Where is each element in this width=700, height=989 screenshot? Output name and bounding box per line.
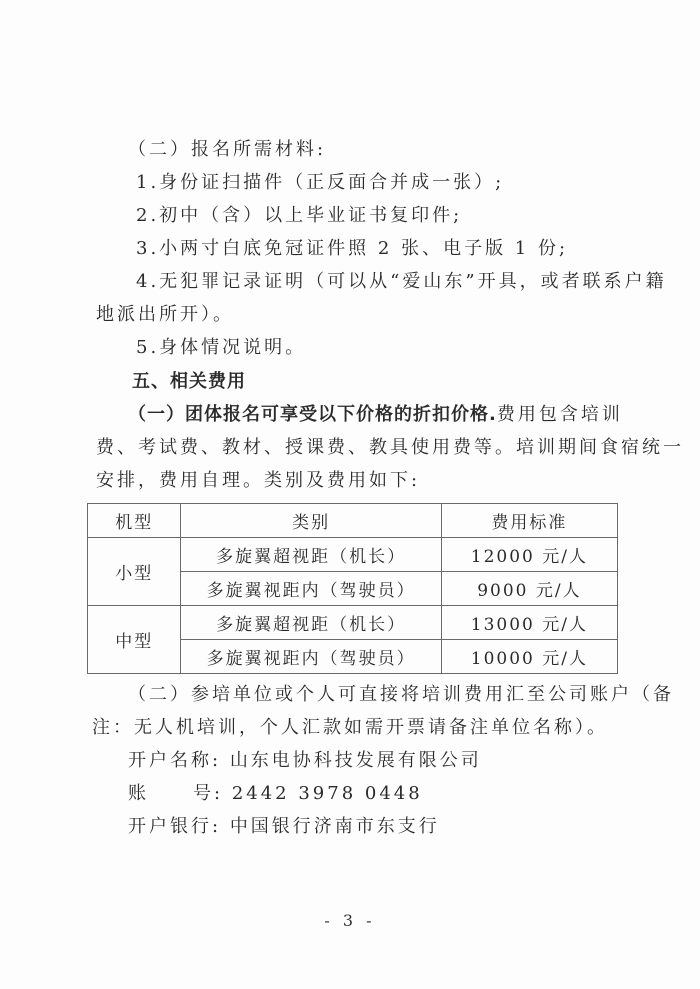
account-bank-line: 开户银行: 中国银行济南市东支行 bbox=[128, 816, 440, 838]
table-row: 中型 多旋翼超视距（机长） 13000 元/人 bbox=[88, 606, 618, 640]
fees-para1-line1: （一）团体报名可享受以下价格的折扣价格.费用包含培训 bbox=[128, 404, 623, 426]
fee-table: 机型 类别 费用标准 小型 多旋翼超视距（机长） 12000 元/人 多旋翼视距… bbox=[87, 503, 618, 674]
materials-title: （二）报名所需材料: bbox=[128, 139, 326, 161]
type-cell: 中型 bbox=[88, 606, 181, 674]
account-bank-value: 中国银行济南市东支行 bbox=[230, 816, 440, 837]
page-number: - 3 - bbox=[0, 911, 700, 930]
account-number-label-a: 账 bbox=[128, 783, 149, 804]
document-page: （二）报名所需材料: 1.身份证扫描件（正反面合并成一张）; 2.初中（含）以上… bbox=[0, 0, 700, 989]
fee-cell: 13000 元/人 bbox=[441, 606, 617, 640]
category-cell: 多旋翼视距内（驾驶员） bbox=[181, 572, 441, 606]
fees-heading: 五、相关费用 bbox=[132, 371, 246, 393]
fee-cell: 10000 元/人 bbox=[441, 640, 617, 674]
materials-item-1: 1.身份证扫描件（正反面合并成一张）; bbox=[136, 172, 504, 194]
fee-cell: 9000 元/人 bbox=[441, 572, 617, 606]
account-name-line: 开户名称: 山东电协科技发展有限公司 bbox=[128, 750, 482, 772]
header-category: 类别 bbox=[181, 504, 441, 538]
account-number-line: 账号: 2442 3978 0448 bbox=[128, 783, 423, 805]
fee-table-header: 机型 类别 费用标准 bbox=[88, 504, 618, 538]
category-cell: 多旋翼视距内（驾驶员） bbox=[181, 640, 441, 674]
fees-para1-bold: （一）团体报名可享受以下价格的折扣价格. bbox=[128, 404, 497, 425]
materials-item-5: 5.身体情况说明。 bbox=[136, 337, 306, 359]
fees-para1-line2: 费、考试费、教材、授课费、教具使用费等。培训期间食宿统一 bbox=[96, 437, 684, 459]
materials-item-2: 2.初中（含）以上毕业证书复印件; bbox=[136, 205, 462, 227]
account-name-label: 开户名称: bbox=[128, 750, 221, 771]
materials-item-4: 4.无犯罪记录证明（可以从“爱山东”开具，或者联系户籍 bbox=[136, 271, 667, 293]
materials-item-3: 3.小两寸白底免冠证件照 2 张、电子版 1 份; bbox=[136, 238, 568, 260]
category-cell: 多旋翼超视距（机长） bbox=[181, 606, 441, 640]
type-cell: 小型 bbox=[88, 538, 181, 606]
account-bank-label: 开户银行: bbox=[128, 816, 221, 837]
fees-para2-line1: （二）参培单位或个人可直接将培训费用汇至公司账户（备 bbox=[128, 684, 674, 706]
category-cell: 多旋翼超视距（机长） bbox=[181, 538, 441, 572]
table-row: 小型 多旋翼超视距（机长） 12000 元/人 bbox=[88, 538, 618, 572]
fees-para2-line2: 注：无人机培训，个人汇款如需开票请备注单位名称）。 bbox=[92, 717, 608, 739]
fee-cell: 12000 元/人 bbox=[441, 538, 617, 572]
account-number-label-b: 号: bbox=[193, 783, 223, 804]
fees-para1-line3: 安排，费用自理。类别及费用如下: bbox=[96, 470, 420, 492]
header-fee: 费用标准 bbox=[441, 504, 617, 538]
account-number-value: 2442 3978 0448 bbox=[232, 783, 423, 804]
fees-para1-rest: 费用包含培训 bbox=[497, 404, 623, 425]
materials-item-4-cont: 地派出所开）。 bbox=[96, 304, 234, 326]
account-name-value: 山东电协科技发展有限公司 bbox=[230, 750, 482, 771]
header-type: 机型 bbox=[88, 504, 181, 538]
